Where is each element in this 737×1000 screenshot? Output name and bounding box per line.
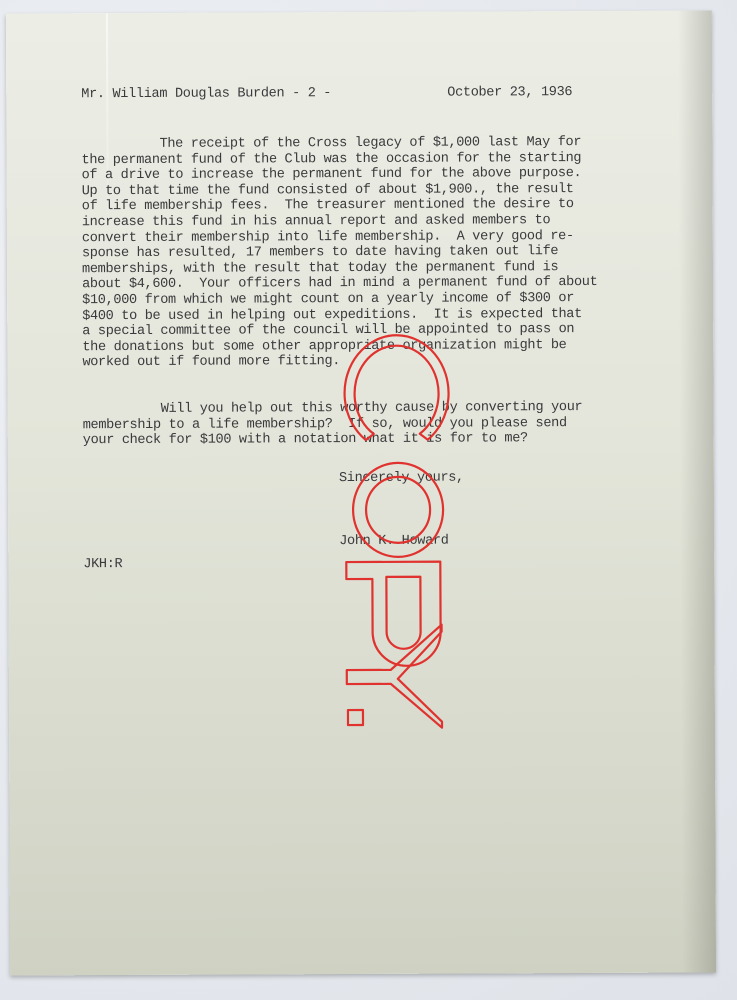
letter-date: October 23, 1936 [447,85,572,101]
stamp-letter-c [344,335,448,440]
copy-stamp [327,292,469,733]
recipient-header: Mr. William Douglas Burden - 2 - [81,86,331,103]
stamp-period [348,710,363,725]
stamp-letter-y [347,625,442,728]
letter-page: Mr. William Douglas Burden - 2 - October… [6,10,716,975]
typist-initials: JKH:R [83,557,122,573]
stamp-letter-p [346,562,440,666]
